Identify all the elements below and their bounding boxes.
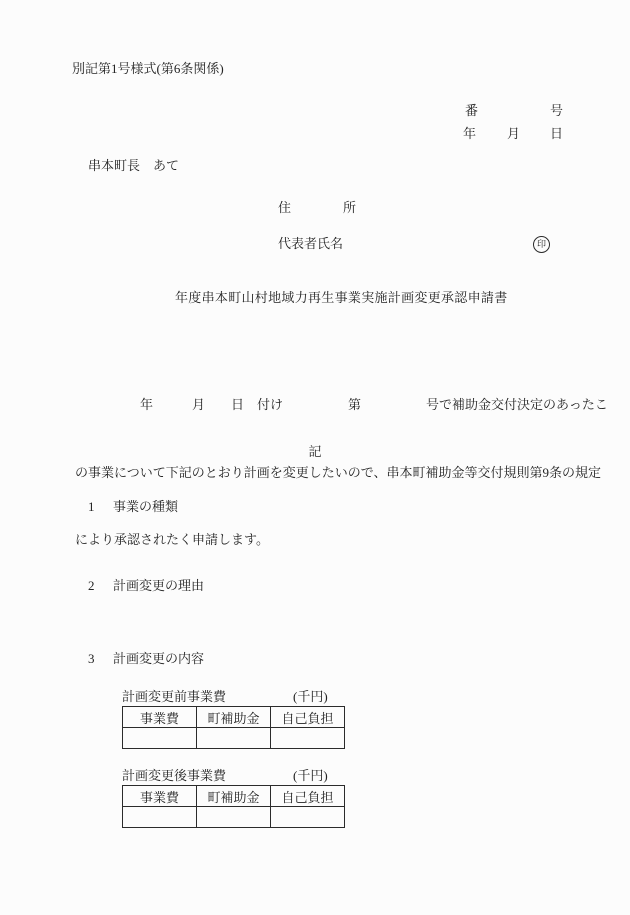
item-3-number: 3 [88, 651, 95, 667]
table-before-unit: (千円) [293, 689, 328, 705]
table-after-header-row: 事業費 町補助金 自己負担 [123, 786, 345, 807]
date-day-label: 日 [550, 126, 563, 142]
table-before-header-self: 自己負担 [271, 707, 345, 728]
table-after-unit: (千円) [293, 768, 328, 784]
form-page: 別記第1号様式(第6条関係) 番 号 年 月 日 串本町長 あて 住 所 代表者… [0, 0, 630, 915]
body-line-1: 年 月 日 付け 第 号で補助金交付決定のあったこ [75, 394, 585, 417]
body-paragraph: 年 月 日 付け 第 号で補助金交付決定のあったこ の事業について下記のとおり計… [75, 349, 585, 597]
body-line-2: の事業について下記のとおり計画を変更したいので、串本町補助金等交付規則第9条の規… [75, 462, 585, 485]
item-2-label: 計画変更の理由 [113, 578, 204, 594]
table-before-cost-cell [123, 728, 197, 749]
item-1-label: 事業の種類 [113, 499, 178, 515]
table-after-caption: 計画変更後事業費 [122, 768, 226, 784]
table-before-caption: 計画変更前事業費 [122, 689, 226, 705]
table-after-header-self: 自己負担 [271, 786, 345, 807]
table-after-header-subsidy: 町補助金 [197, 786, 271, 807]
seal-circle: 印 [533, 236, 550, 253]
doc-number-label: 番 [465, 103, 478, 119]
item-2-number: 2 [88, 578, 95, 594]
table-after-header-cost: 事業費 [123, 786, 197, 807]
address-label: 住 所 [278, 200, 356, 216]
table-after-cost-cell [123, 807, 197, 828]
date-year-label: 年 [463, 126, 476, 142]
table-after-subsidy-cell [197, 807, 271, 828]
table-before-change: 事業費 町補助金 自己負担 [122, 706, 345, 749]
table-after-self-cell [271, 807, 345, 828]
table-after-change: 事業費 町補助金 自己負担 [122, 785, 345, 828]
document-title: 年度串本町山村地域力再生事業実施計画変更承認申請書 [175, 290, 508, 306]
table-before-value-row [123, 728, 345, 749]
table-before-header-subsidy: 町補助金 [197, 707, 271, 728]
table-before-header-cost: 事業費 [123, 707, 197, 728]
doc-number-unit: 号 [550, 103, 563, 119]
addressee: 串本町長 あて [88, 158, 179, 174]
table-before-subsidy-cell [197, 728, 271, 749]
form-number: 別記第1号様式(第6条関係) [72, 61, 224, 77]
item-3-label: 計画変更の内容 [113, 651, 204, 667]
table-before-header-row: 事業費 町補助金 自己負担 [123, 707, 345, 728]
seal-mark: 印 [537, 240, 546, 249]
record-heading: 記 [0, 441, 630, 460]
date-month-label: 月 [507, 126, 520, 142]
representative-label: 代表者氏名 [278, 236, 343, 252]
body-line-3: により承認されたく申請します。 [75, 529, 585, 552]
table-after-value-row [123, 807, 345, 828]
table-before-self-cell [271, 728, 345, 749]
item-1-number: 1 [88, 499, 95, 515]
